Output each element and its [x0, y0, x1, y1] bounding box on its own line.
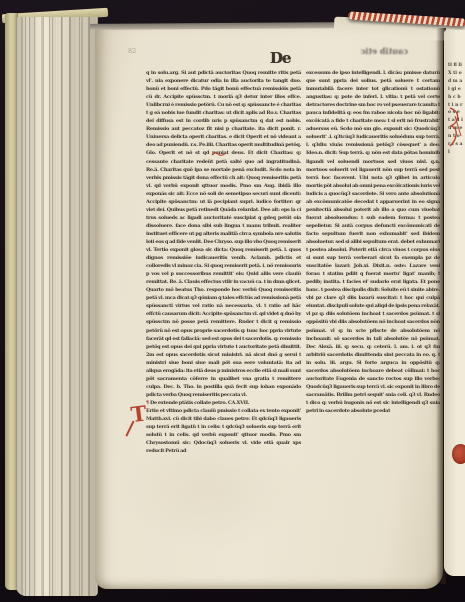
red-paraph-mark — [447, 106, 463, 148]
red-correction-squiggle — [211, 150, 227, 157]
text-column-left: q in solu.arg. Si aut pdictä auctoritas … — [146, 69, 301, 455]
chapter-opening-text: Ertio et vltimo pdicta clauiü pmissio t … — [146, 408, 301, 454]
chapter-opening: TErtio et vltimo pdicta clauiü pmissio t… — [146, 407, 301, 455]
running-header: De — [250, 49, 310, 67]
photo-of-open-book: tl fl li X ti o d m ai gi e h c b t i n … — [0, 0, 465, 602]
left-column-body: q in solu.arg. Si aut pdictä auctoritas … — [146, 69, 301, 399]
text-column-right: excessum de ipso intelligendi. l. dicäs:… — [306, 69, 440, 415]
paraph-icon: ¶ — [146, 400, 149, 406]
chapter-rubric: ¶ De extende ptätis collate petro. CA.XV… — [146, 399, 301, 407]
red-wax-seal — [452, 444, 465, 464]
showthrough-ghost-text: cautib etic — [298, 46, 408, 56]
page-block-shading — [16, 17, 98, 596]
chapter-number: CA.XVII. — [228, 400, 249, 406]
chapter-rubric-text: De extende ptätis collate petro. — [150, 400, 227, 406]
right-column-body: excessum de ipso intelligendi. l. dicäs:… — [306, 69, 440, 415]
pencil-folio-mark: 82 — [128, 47, 136, 55]
